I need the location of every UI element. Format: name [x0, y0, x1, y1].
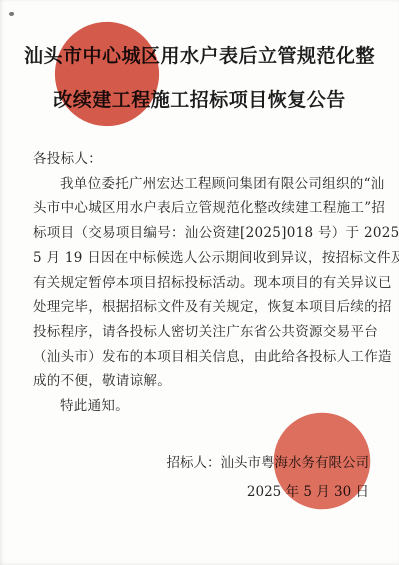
notice-title: 汕头市中心城区用水户表后立管规范化整 改续建工程施工招标项目恢复公告: [0, 34, 399, 122]
notice-title-line-2: 改续建工程施工招标项目恢复公告: [0, 78, 399, 122]
body-line: 投标程序，请各投标人密切关注广东省公共资源交易平台: [33, 320, 369, 345]
notice-body: 各投标人： 我单位委托广州宏达工程顾问集团有限公司组织的“汕 头市中心城区用水户…: [33, 147, 369, 419]
body-line: 5 月 19 日因在中标候选人公示期间收到异议，按招标文件及: [33, 246, 369, 271]
body-line: 成的不便，敬请谅解。: [33, 369, 369, 394]
body-line: （汕头市）发布的本项目相关信息，由此给各投标人工作造: [33, 345, 369, 370]
salutation: 各投标人：: [33, 147, 369, 172]
body-line: 标项目（交易项目编号：汕公资建[2025]018 号）于 2025 年: [33, 221, 369, 246]
signature-block: 招标人：汕头市粤海水务有限公司 2025 年 5 月 30 日: [167, 449, 370, 506]
bidder-name: 招标人：汕头市粤海水务有限公司: [167, 449, 370, 478]
body-line: 头市中心城区用水户表后立管规范化整改续建工程施工”招: [33, 196, 369, 221]
notice-date: 2025 年 5 月 30 日: [167, 478, 370, 507]
ink-smudge: [9, 12, 14, 16]
body-line: 有关规定暂停本项目招标投标活动。现本项目的有关异议已: [33, 271, 369, 296]
body-line: 处理完毕，根据招标文件及有关规定，恢复本项目后续的招: [33, 295, 369, 320]
notice-title-line-1: 汕头市中心城区用水户表后立管规范化整: [0, 34, 399, 78]
closing-line: 特此通知。: [33, 394, 369, 419]
notice-page: 汕头市中心城区用水户表后立管规范化整 改续建工程施工招标项目恢复公告 各投标人：…: [0, 0, 399, 565]
body-line: 我单位委托广州宏达工程顾问集团有限公司组织的“汕: [33, 172, 369, 197]
